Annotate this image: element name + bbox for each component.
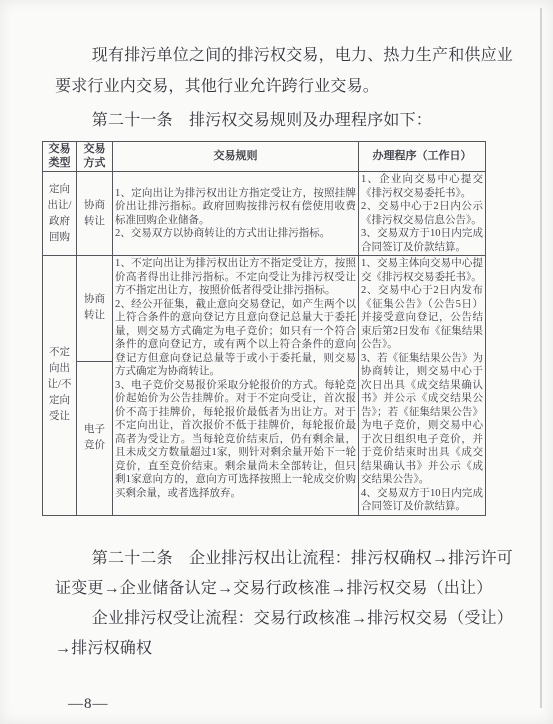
intro-paragraph-line-1: 现有排污单位之间的排污权交易，电力、热力生产和供应业 — [55, 40, 505, 71]
procedure-item: 2、交易中心于2日内公示《排污权交易信息公告》。 — [361, 200, 483, 227]
table-header-row: 交易类型 交易方式 交易规则 办理程序（工作日） — [43, 142, 486, 172]
scan-artifact-line — [540, 8, 542, 708]
procedure-item: 1、企业向交易中心提交《排污权交易委托书》。 — [361, 173, 483, 200]
article-22-line-1: 第二十二条 企业排污权出让流程：排污权确权→排污许可 — [55, 544, 505, 574]
procedure-item: 2、交易中心于2日内发布《征集公告》（公告5日）并接受意向登记，公告结束后第2日… — [361, 284, 483, 352]
header-trade-rules: 交易规则 — [113, 142, 359, 172]
cell-rules-directed: 1、定向出让为排污权出让方指定受让方，按照挂牌价出让排污指标。政府回购按排污权有… — [113, 172, 359, 256]
article-22-section: 第二十二条 企业排污权出让流程：排污权确权→排污许可 证变更→企业储备认定→交易… — [55, 544, 505, 664]
scanned-document-page: 现有排污单位之间的排污权交易，电力、热力生产和供应业 要求行业内交易，其他行业允… — [0, 0, 553, 724]
page-content: 现有排污单位之间的排污权交易，电力、热力生产和供应业 要求行业内交易，其他行业允… — [55, 40, 505, 713]
article-22-line-2: 证变更→企业储备认定→交易行政核准→排污权交易（出让） — [55, 574, 505, 604]
article-22-line-4: →排污权确权 — [55, 634, 505, 664]
procedure-item: 3、交易双方于10日内完成合同签订及价款结算。 — [361, 227, 483, 254]
rule-item: 2、经公开征集，截止意向交易登记，如产生两个以上符合条件的意向登记方且意向登记总… — [115, 298, 356, 379]
rule-item: 1、定向出让为排污权出让方指定受让方，按照挂牌价出让排污指标。政府回购按排污权有… — [115, 187, 356, 228]
cell-rules-undirected: 1、不定向出让为排污权出让方不指定受让方，按照价高者得出让排污指标。不定向受让为… — [113, 256, 359, 516]
cell-method-negotiated-1: 协商转让 — [77, 172, 113, 256]
header-trade-type: 交易类型 — [43, 142, 77, 172]
cell-method-electronic-bidding: 电子竞价 — [77, 361, 113, 515]
rule-item: 3、电子竞价交易报价采取分轮报价的方式。每轮竞价起始价为公告挂牌价。对于不定向受… — [115, 379, 356, 501]
rule-item: 1、不定向出让为排污权出让方不指定受让方，按照价高者得出让排污指标。不定向受让为… — [115, 257, 356, 298]
procedure-item: 4、交易双方于10日内完成合同签订及价款结算。 — [361, 487, 483, 514]
article-21-heading: 第二十一条 排污权交易规则及办理程序如下： — [55, 105, 505, 136]
cell-procedures-directed: 1、企业向交易中心提交《排污权交易委托书》。 2、交易中心于2日内公示《排污权交… — [359, 172, 486, 256]
procedure-item: 1、交易主体向交易中心提交《排污权交易委托书》。 — [361, 257, 483, 284]
cell-type-undirected: 不定向出让/不定向受让 — [43, 256, 77, 516]
table-row-directed-transfer: 定向出让/政府回购 协商转让 1、定向出让为排污权出让方指定受让方，按照挂牌价出… — [43, 172, 486, 256]
page-number: —8— — [55, 696, 505, 713]
cell-type-directed: 定向出让/政府回购 — [43, 172, 77, 256]
intro-paragraph-line-2: 要求行业内交易，其他行业允许跨行业交易。 — [55, 71, 505, 102]
header-trade-method: 交易方式 — [77, 142, 113, 172]
trading-rules-table: 交易类型 交易方式 交易规则 办理程序（工作日） 定向出让/政府回购 协商转让 … — [42, 141, 486, 516]
article-22-line-3: 企业排污权受让流程：交易行政核准→排污权交易（受让） — [55, 604, 505, 634]
rule-item: 2、交易双方以协商转让的方式出让排污指标。 — [115, 227, 356, 241]
header-procedure: 办理程序（工作日） — [359, 142, 486, 172]
procedure-item: 3、若《征集结果公告》为协商转让，则交易中心于次日出具《成交结果确认书》并公示《… — [361, 352, 483, 487]
cell-procedures-undirected: 1、交易主体向交易中心提交《排污权交易委托书》。 2、交易中心于2日内发布《征集… — [359, 256, 486, 516]
table-row-undirected-transfer: 不定向出让/不定向受让 协商转让 1、不定向出让为排污权出让方不指定受让方，按照… — [43, 256, 486, 362]
cell-method-negotiated-2: 协商转让 — [77, 256, 113, 362]
